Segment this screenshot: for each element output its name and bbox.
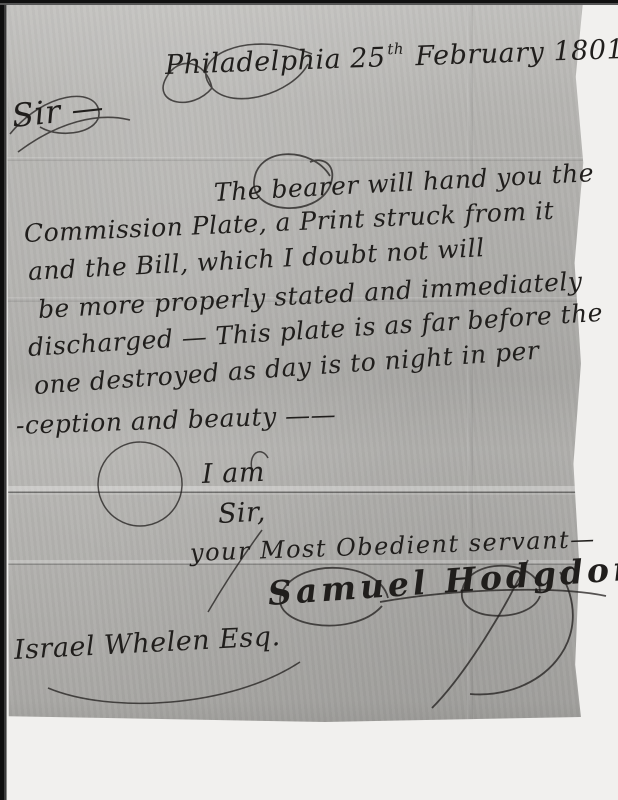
- fold-crease: [7, 157, 585, 161]
- scanned-letter-page: Philadelphia 25th February 1801 Sir — Th…: [0, 0, 618, 800]
- dateline-day: 25: [350, 42, 386, 74]
- letter-salutation: Sir —: [10, 90, 105, 131]
- dateline-place: Philadelphia: [164, 44, 341, 81]
- letter-closing-line: I am: [202, 459, 266, 488]
- fold-crease: [7, 486, 585, 495]
- scan-edge-strip-top: [0, 0, 618, 5]
- dateline-month-year: February 1801: [415, 34, 618, 72]
- letter-closing-line: Sir,: [217, 499, 266, 528]
- scan-edge-strip-left: [0, 0, 7, 800]
- dateline-day-suffix: th: [387, 40, 404, 59]
